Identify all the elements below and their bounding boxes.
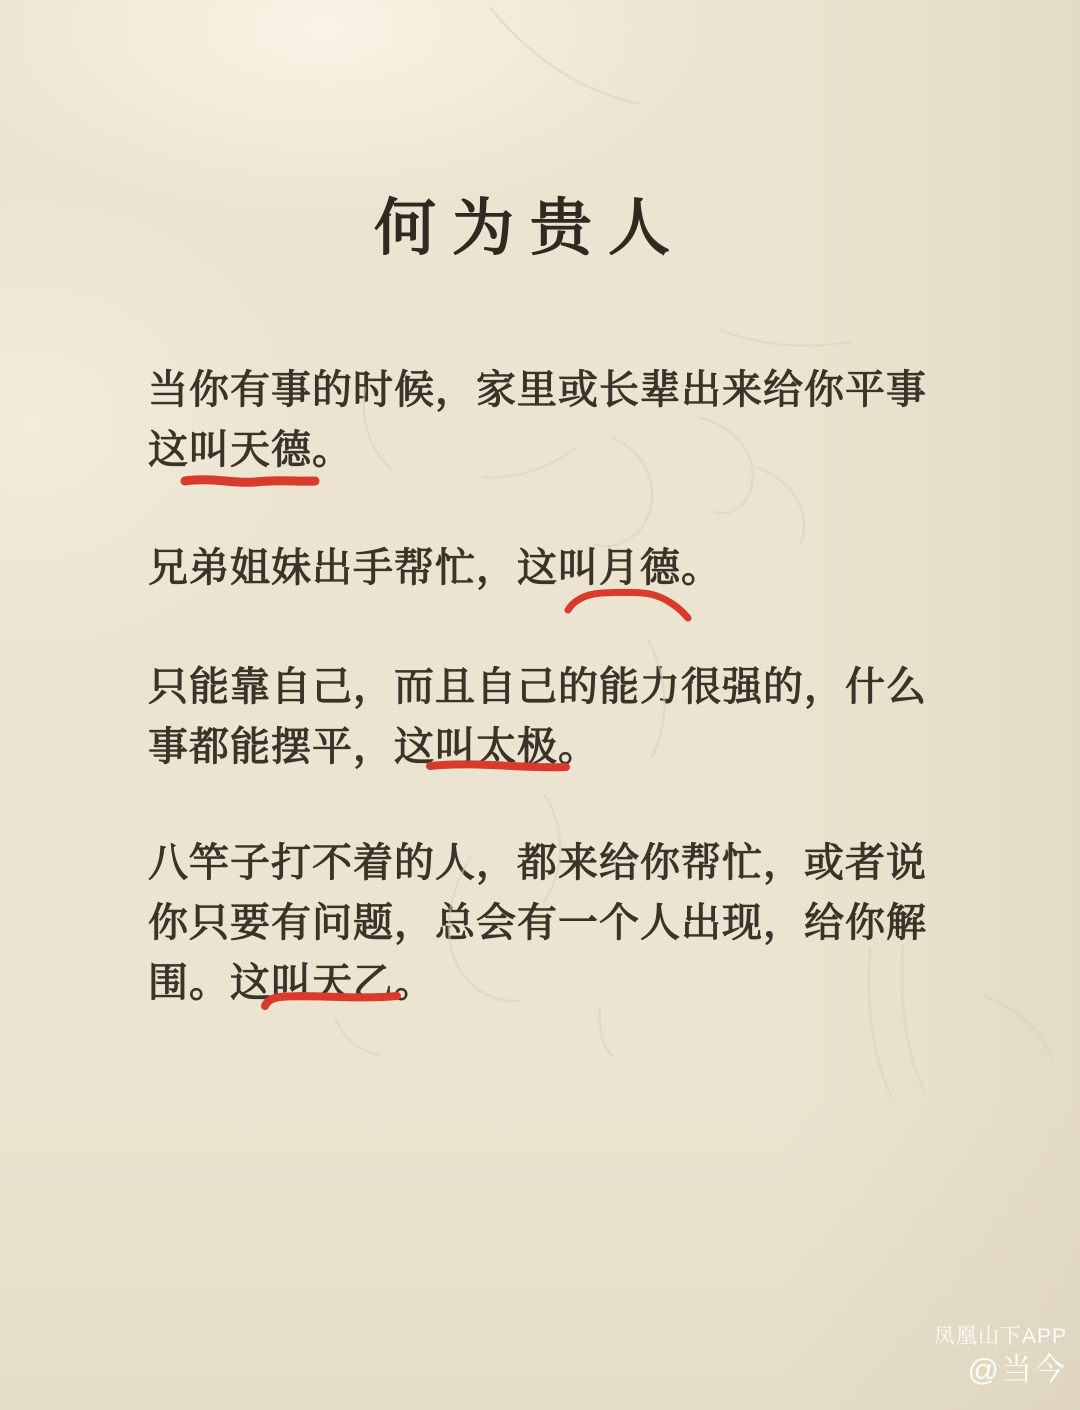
text-line: 八竿子打不着的人，都来给你帮忙，或者说 bbox=[148, 833, 978, 893]
text-line: 你只要有问题，总会有一个人出现，给你解 bbox=[148, 893, 978, 953]
paragraph-tianyi: 八竿子打不着的人，都来给你帮忙，或者说 你只要有问题，总会有一个人出现，给你解 … bbox=[148, 833, 978, 1013]
sketch-stroke bbox=[600, 1008, 613, 1056]
paragraph-yuede: 兄弟姐妹出手帮忙，这叫月德。 bbox=[148, 538, 978, 598]
sketch-stroke bbox=[490, 8, 640, 104]
paper-page: 何为贵人 当你有事的时候，家里或长辈出来给你平事 这叫天德。 兄弟姐妹出手帮忙，… bbox=[0, 0, 1080, 1410]
sketch-stroke bbox=[985, 996, 1052, 1058]
text-line: 兄弟姐妹出手帮忙，这叫月德。 bbox=[148, 538, 978, 598]
text-line: 围。这叫天乙。 bbox=[148, 953, 978, 1013]
sketch-stroke bbox=[335, 1018, 380, 1055]
text-line: 只能靠自己，而且自己的能力很强的，什么 bbox=[148, 657, 978, 717]
red-underline-tiande bbox=[185, 480, 315, 483]
sketch-stroke bbox=[720, 330, 850, 346]
text-line: 当你有事的时候，家里或长辈出来给你平事 bbox=[148, 360, 978, 420]
page-title: 何为贵人 bbox=[0, 178, 1060, 267]
watermark-username: @当今 bbox=[968, 1344, 1067, 1389]
paragraph-taiji: 只能靠自己，而且自己的能力很强的，什么 事都能摆平，这叫太极。 bbox=[148, 657, 978, 777]
text-line: 事都能摆平，这叫太极。 bbox=[148, 717, 978, 777]
text-line: 这叫天德。 bbox=[148, 420, 978, 480]
paragraph-tiande: 当你有事的时候，家里或长辈出来给你平事 这叫天德。 bbox=[148, 360, 978, 480]
